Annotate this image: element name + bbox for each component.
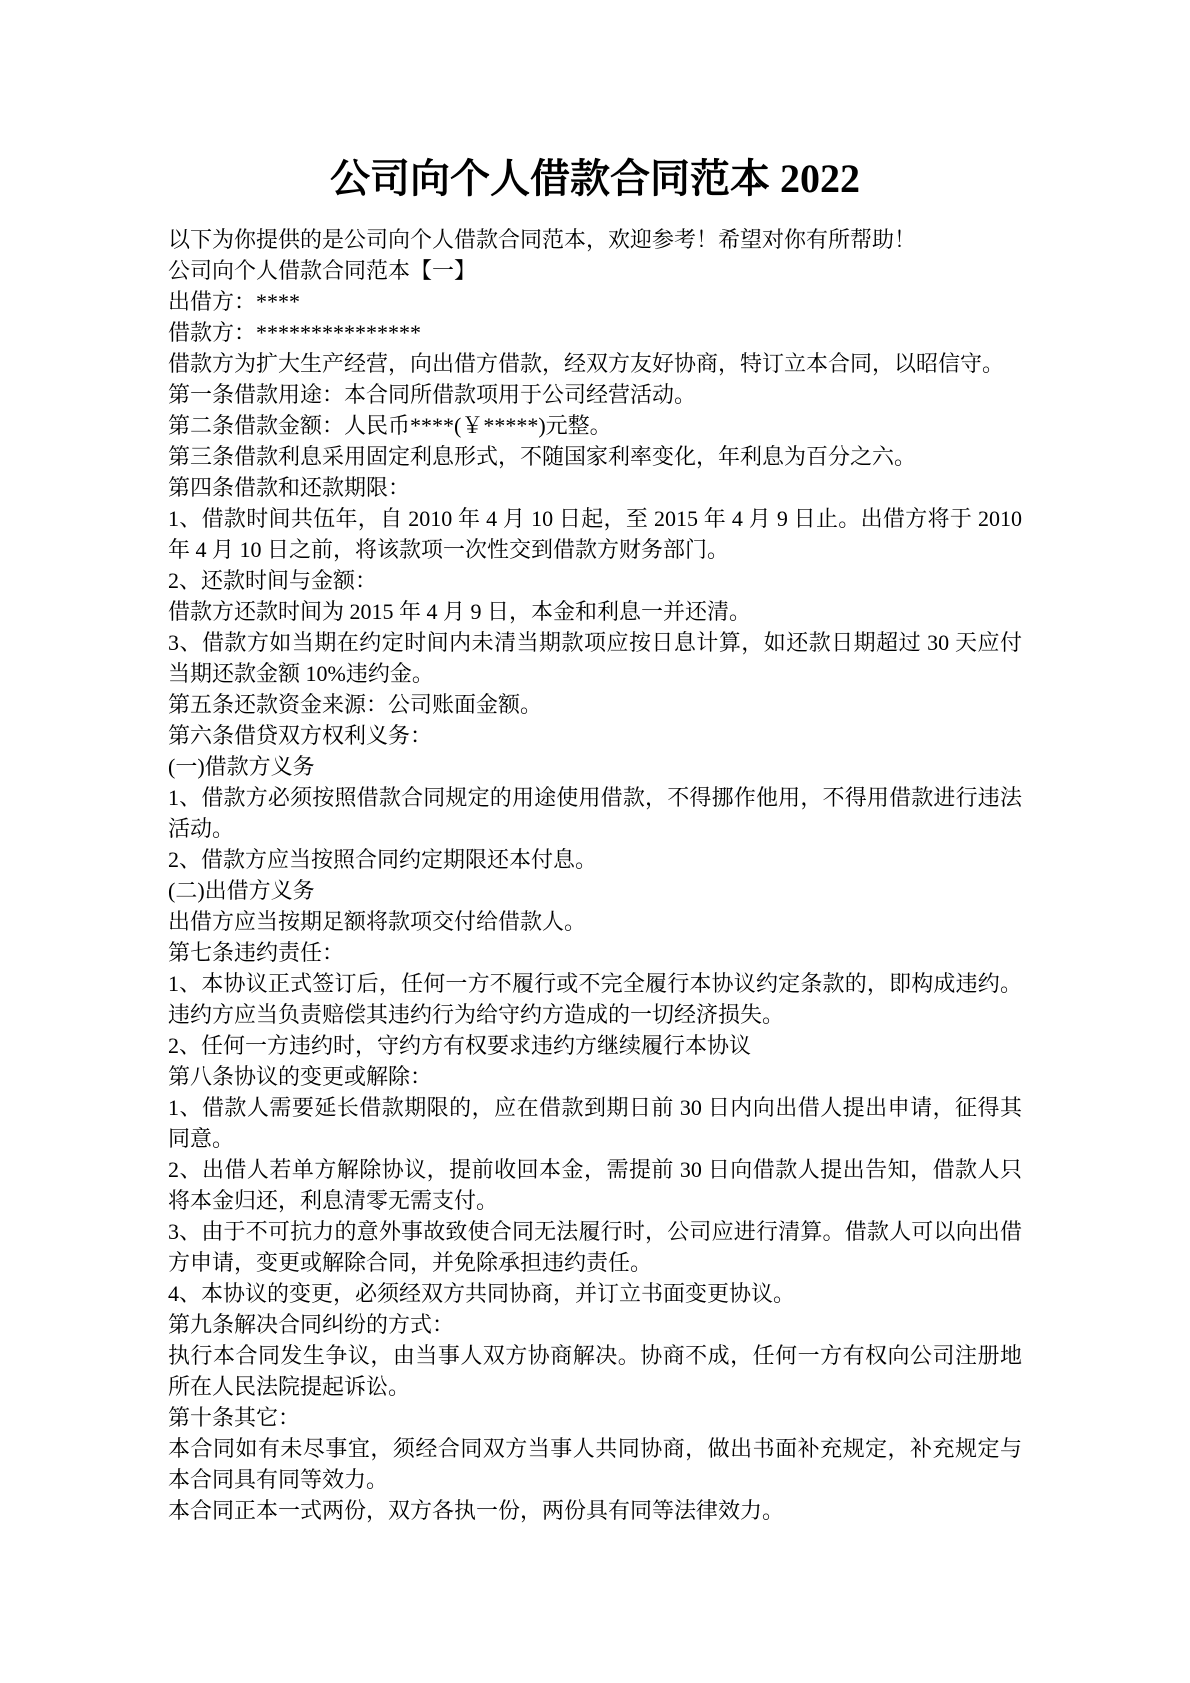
paragraph: 第六条借贷双方权利义务： <box>168 720 1022 751</box>
paragraph: 1、借款方必须按照借款合同规定的用途使用借款，不得挪作他用，不得用借款进行违法活… <box>168 782 1022 844</box>
paragraph: 第十条其它： <box>168 1402 1022 1433</box>
paragraph: 第七条违约责任： <box>168 937 1022 968</box>
paragraph: 1、借款时间共伍年，自 2010 年 4 月 10 日起，至 2015 年 4 … <box>168 503 1022 565</box>
paragraph: 第一条借款用途：本合同所借款项用于公司经营活动。 <box>168 379 1022 410</box>
paragraph: 公司向个人借款合同范本【一】 <box>168 255 1022 286</box>
paragraph: (二)出借方义务 <box>168 875 1022 906</box>
paragraph: 第三条借款利息采用固定利息形式，不随国家利率变化，年利息为百分之六。 <box>168 441 1022 472</box>
paragraph: (一)借款方义务 <box>168 751 1022 782</box>
paragraph: 借款方为扩大生产经营，向出借方借款，经双方友好协商，特订立本合同，以昭信守。 <box>168 348 1022 379</box>
paragraph: 本合同正本一式两份，双方各执一份，两份具有同等法律效力。 <box>168 1495 1022 1526</box>
document-page: 公司向个人借款合同范本 2022 以下为你提供的是公司向个人借款合同范本，欢迎参… <box>0 0 1190 1683</box>
paragraph: 第九条解决合同纠纷的方式： <box>168 1309 1022 1340</box>
paragraph: 第八条协议的变更或解除： <box>168 1061 1022 1092</box>
paragraph: 本合同如有未尽事宜，须经合同双方当事人共同协商，做出书面补充规定，补充规定与本合… <box>168 1433 1022 1495</box>
paragraph: 执行本合同发生争议，由当事人双方协商解决。协商不成，任何一方有权向公司注册地所在… <box>168 1340 1022 1402</box>
paragraph: 出借方应当按期足额将款项交付给借款人。 <box>168 906 1022 937</box>
paragraph: 2、出借人若单方解除协议，提前收回本金，需提前 30 日向借款人提出告知，借款人… <box>168 1154 1022 1216</box>
paragraph: 2、还款时间与金额： <box>168 565 1022 596</box>
paragraph: 1、借款人需要延长借款期限的，应在借款到期日前 30 日内向出借人提出申请，征得… <box>168 1092 1022 1154</box>
paragraph: 1、本协议正式签订后，任何一方不履行或不完全履行本协议约定条款的，即构成违约。违… <box>168 968 1022 1030</box>
paragraph: 借款方：*************** <box>168 317 1022 348</box>
document-body: 以下为你提供的是公司向个人借款合同范本，欢迎参考！希望对你有所帮助！公司向个人借… <box>168 224 1022 1526</box>
paragraph: 3、由于不可抗力的意外事故致使合同无法履行时，公司应进行清算。借款人可以向出借方… <box>168 1216 1022 1278</box>
paragraph: 出借方：**** <box>168 286 1022 317</box>
paragraph: 2、任何一方违约时，守约方有权要求违约方继续履行本协议 <box>168 1030 1022 1061</box>
paragraph: 以下为你提供的是公司向个人借款合同范本，欢迎参考！希望对你有所帮助！ <box>168 224 1022 255</box>
paragraph: 第四条借款和还款期限： <box>168 472 1022 503</box>
paragraph: 第五条还款资金来源：公司账面金额。 <box>168 689 1022 720</box>
document-title: 公司向个人借款合同范本 2022 <box>168 155 1022 203</box>
paragraph: 第二条借款金额：人民币****(￥*****)元整。 <box>168 410 1022 441</box>
paragraph: 4、本协议的变更，必须经双方共同协商，并订立书面变更协议。 <box>168 1278 1022 1309</box>
paragraph: 3、借款方如当期在约定时间内未清当期款项应按日息计算，如还款日期超过 30 天应… <box>168 627 1022 689</box>
paragraph: 借款方还款时间为 2015 年 4 月 9 日，本金和利息一并还清。 <box>168 596 1022 627</box>
paragraph: 2、借款方应当按照合同约定期限还本付息。 <box>168 844 1022 875</box>
